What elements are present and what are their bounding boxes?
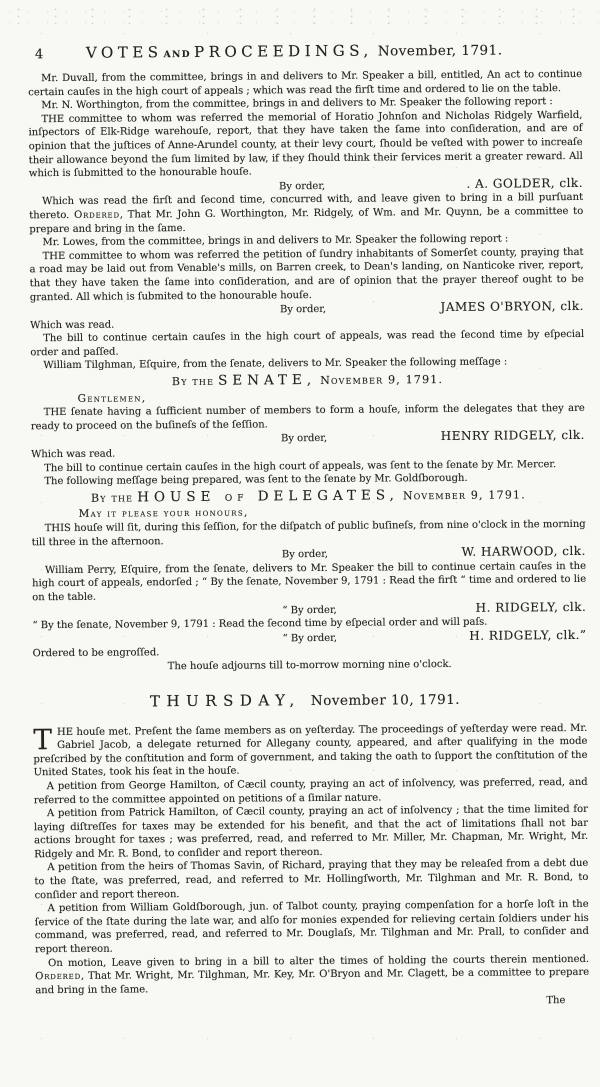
paragraph-bill-second-reading: The bill to continue certain cauſes in t… (30, 328, 584, 360)
title-date: November, 1791. (378, 43, 503, 60)
paragraph-petition-george-hamilton: A petition from George Hamilton, of Cæci… (34, 776, 588, 808)
catchword-text: The (546, 995, 565, 1006)
thursday-word: THURSDAY, (150, 691, 301, 710)
paragraph-perry-endorsed-bill: William Perry, Eſquire, from the ſenate,… (32, 560, 586, 605)
by-order-label: By order, (281, 432, 327, 446)
senate-heading-date: November 9, 1791. (320, 373, 443, 387)
delegates-heading-prefix: By the (91, 491, 133, 504)
paragraph-read-and-ordered: Which was read the firſt and ſecond time… (29, 191, 583, 236)
senate-heading-prefix: By the (172, 375, 214, 388)
by-order-label: “ By order, (282, 632, 337, 646)
body-text-thursday: THE houſe met. Preſent the ſame members … (5, 715, 600, 1012)
delegates-heading-main: HOUSE of DELEGATES, (137, 487, 399, 505)
clerk-signature-harwood: W. HARWOOD, clk. (462, 545, 586, 560)
page-title: VOTESANDPROCEEDINGS, November, 1791. (86, 40, 503, 62)
paragraph-message-prepared: The following meſſage being prepared, wa… (31, 471, 585, 489)
by-order-label: By order, (280, 303, 326, 317)
house-of-delegates-heading: By theHOUSE of DELEGATES,November 9, 179… (31, 488, 585, 507)
senate-heading: By theSENATE,November 9, 1791. (30, 372, 584, 391)
drop-cap-initial: T (33, 726, 57, 751)
paragraph-petition-goldsborough: A petition from William Goldſborough, ju… (35, 898, 589, 957)
title-and: AND (164, 50, 192, 60)
delegates-heading-date: November 9, 1791. (403, 488, 526, 502)
title-votes: VOTES (86, 43, 163, 62)
title-proceedings: PROCEEDINGS, (194, 42, 373, 61)
thursday-date: November 10, 1791. (311, 691, 460, 708)
by-order-label: “ By order, (282, 603, 337, 617)
scanned-journal-page: 4 VOTESANDPROCEEDINGS, November, 1791. M… (0, 0, 600, 1087)
clerk-signature-henry-ridgely: HENRY RIDGELY, clk. (441, 429, 585, 444)
page-number: 4 (35, 47, 43, 62)
paragraph-petition-savin-heirs: A petition from the heirs of Thomas Savi… (34, 857, 588, 902)
paragraph-house-met-dropcap: THE houſe met. Preſent the ſame members … (33, 721, 587, 780)
senate-heading-main: SENATE, (218, 372, 316, 389)
clerk-signature-h-ridgely-2: H. RIDGELY, clk.” (469, 629, 586, 644)
by-order-label: By order, (282, 548, 328, 562)
clerk-signature-golder: . A. GOLDER, clk. (466, 177, 583, 192)
body-text-wednesday: Mr. Duvall, from the committee, brings i… (0, 62, 600, 675)
paragraph-somerset-committee-report: THE committee to whom was referred the p… (29, 246, 583, 305)
clerk-signature-obryon: JAMES O'BRYON, clk. (440, 300, 584, 315)
text-run: , That Mr. Wright, Mr. Tilghman, Mr. Key… (35, 967, 589, 996)
by-order-label: By order, (279, 180, 325, 194)
clerk-signature-h-ridgely: H. RIDGELY, clk. (476, 600, 587, 614)
ordered-smallcaps: Ordered (74, 209, 120, 220)
paragraph-petition-patrick-hamilton: A petition from Patrick Hamilton, of Cæc… (34, 803, 588, 862)
page-content: 4 VOTESANDPROCEEDINGS, November, 1791. M… (0, 0, 600, 1087)
paragraph-duvall-bill: Mr. Duvall, from the committee, brings i… (28, 68, 582, 100)
ordered-smallcaps: Ordered (35, 971, 81, 982)
running-head: 4 VOTESANDPROCEEDINGS, November, 1791. (0, 0, 600, 66)
thursday-section-heading: THURSDAY, November 10, 1791. (5, 687, 600, 711)
paragraph-elkridge-committee-report: THE committee to whom was referred the m… (28, 109, 583, 181)
paragraph-motion-courts: On motion, Leave given to bring in a bil… (35, 952, 589, 997)
text-run: On motion, Leave given to bring in a bil… (48, 953, 589, 968)
text-run: HE houſe met. Preſent the ſame members a… (33, 722, 587, 778)
